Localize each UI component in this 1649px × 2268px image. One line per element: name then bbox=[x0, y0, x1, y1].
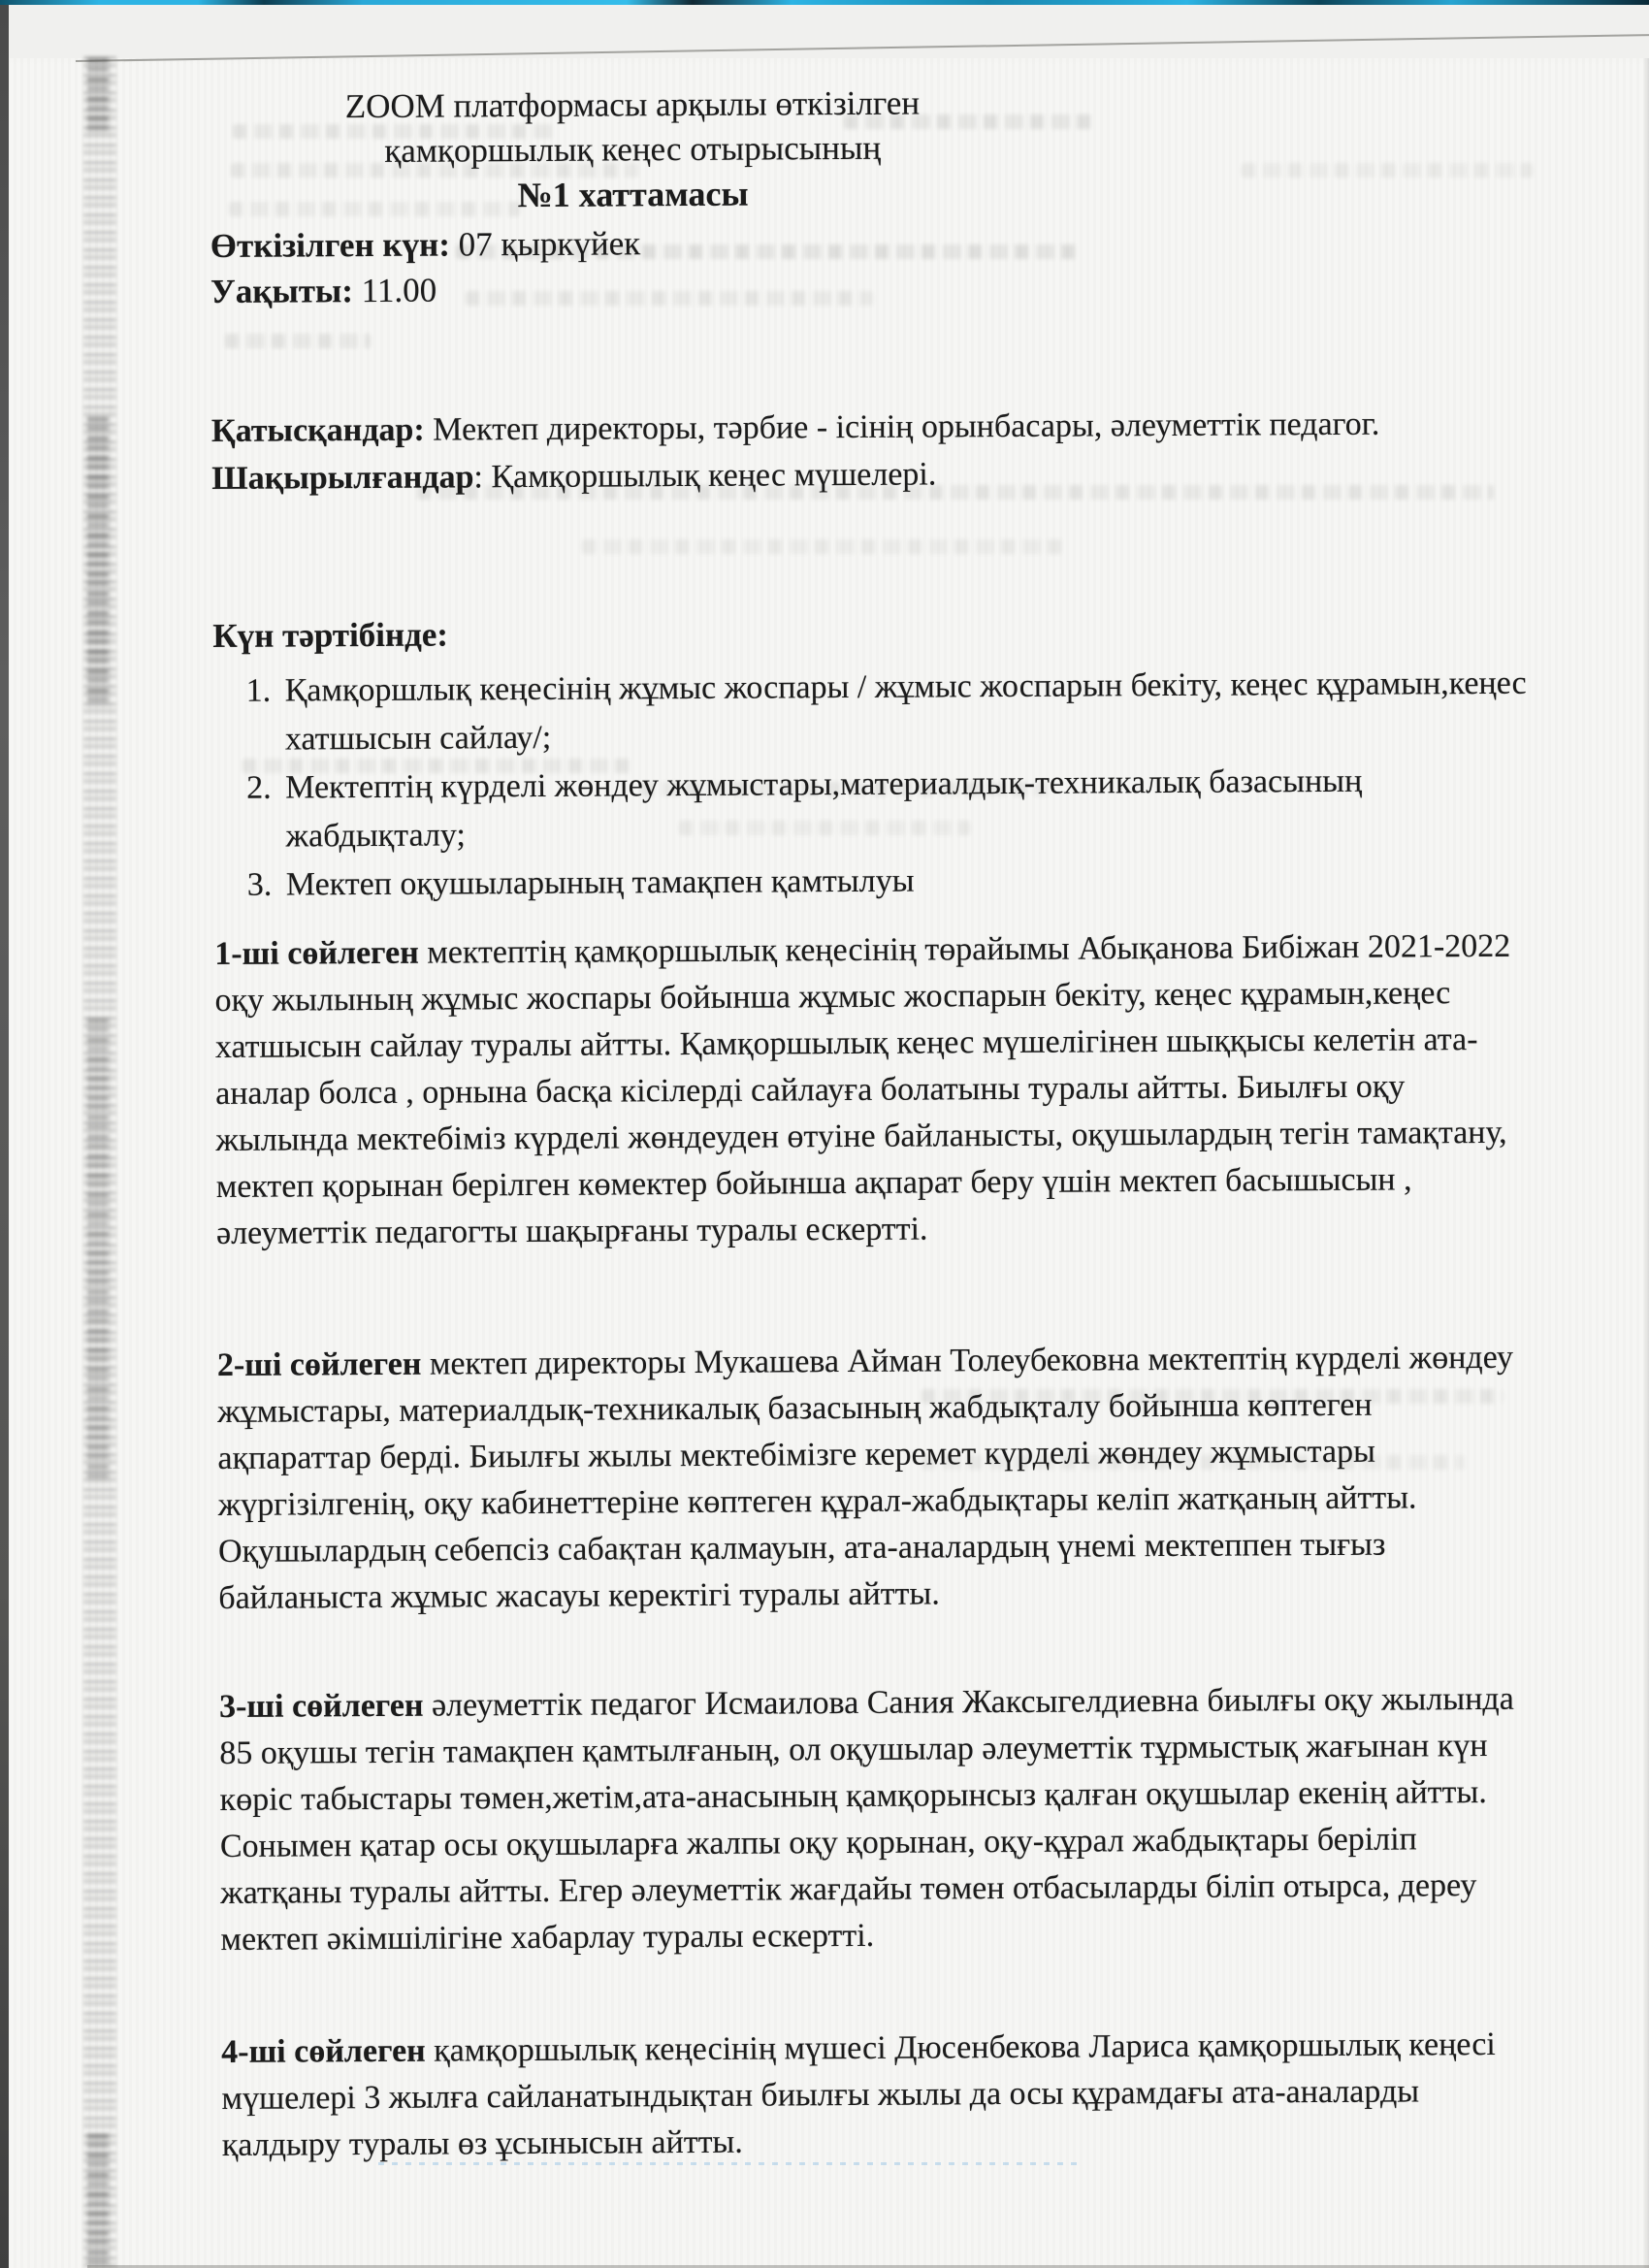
document-title: ZOOM платформасы арқылы өткізілген қамқо… bbox=[210, 81, 1056, 219]
speaker-label: 3-ші сөйлеген bbox=[219, 1688, 424, 1725]
title-line-2: қамқоршылық кеңес отырысының bbox=[210, 125, 1055, 175]
participants-section: Қатысқандар: Мектеп директоры, тәрбие - … bbox=[211, 400, 1524, 502]
speech-paragraph-2: 2-ші сөйлеген мектеп директоры Мукашева … bbox=[217, 1335, 1535, 1622]
attendees-label: Қатысқандар: bbox=[211, 412, 425, 449]
agenda-item: Мектеп оқушыларының тамақпен қамтылуы bbox=[280, 854, 1541, 910]
speaker-label: 2-ші сөйлеген bbox=[217, 1346, 422, 1383]
agenda-list: Қамқоршлық кеңесінің жұмыс жоспары / жұм… bbox=[212, 660, 1541, 910]
invited-text: : Қамқоршылық кеңес мүшелері. bbox=[473, 456, 936, 495]
time-value: 11.00 bbox=[362, 272, 437, 309]
agenda-item: Мектептің күрделі жөндеу жұмыстары,матер… bbox=[279, 757, 1541, 861]
document-content: ZOOM платформасы арқылы өткізілген қамқо… bbox=[0, 0, 1649, 2268]
speech-paragraph-1: 1-ші сөйлеген мектептің қамқоршылық кеңе… bbox=[214, 923, 1532, 1257]
attendees-text: Мектеп директоры, тәрбие - ісінің орынба… bbox=[425, 406, 1380, 448]
invited-label: Шақырылғандар bbox=[211, 459, 473, 497]
title-line-1: ZOOM платформасы арқылы өткізілген bbox=[210, 81, 1055, 130]
title-line-3: №1 хаттамасы bbox=[210, 170, 1055, 219]
meeting-meta: Өткізілген күн: 07 қыркүйек Уақыты: 11.0… bbox=[210, 218, 1084, 314]
invited-line: Шақырылғандар: Қамқоршылық кеңес мүшелер… bbox=[211, 447, 1523, 502]
speech-paragraph-4: 4-ші сөйлеген қамқоршылық кеңесінің мүше… bbox=[221, 2022, 1537, 2169]
speech-paragraph-3: 3-ші сөйлеген әлеуметтік педагог Исмаило… bbox=[219, 1676, 1536, 1963]
meeting-time-line: Уақыты: 11.00 bbox=[210, 264, 1083, 314]
speaker-label: 4-ші сөйлеген bbox=[221, 2033, 426, 2070]
attendees-line: Қатысқандар: Мектеп директоры, тәрбие - … bbox=[211, 400, 1523, 455]
time-label: Уақыты: bbox=[210, 272, 353, 310]
agenda-item: Қамқоршлық кеңесінің жұмыс жоспары / жұм… bbox=[278, 660, 1540, 764]
meeting-date-line: Өткізілген күн: 07 қыркүйек bbox=[210, 218, 1083, 269]
date-value: 07 қыркүйек bbox=[459, 224, 641, 263]
scanned-document-page: ZOOM платформасы арқылы өткізілген қамқо… bbox=[0, 0, 1649, 2268]
speaker-label: 1-ші сөйлеген bbox=[214, 935, 419, 972]
speech-text: мектептің қамқоршылық кеңесінің төрайымы… bbox=[214, 928, 1510, 1251]
date-label: Өткізілген күн: bbox=[210, 226, 450, 266]
agenda-heading: Күн тәртібінде: bbox=[212, 616, 448, 656]
